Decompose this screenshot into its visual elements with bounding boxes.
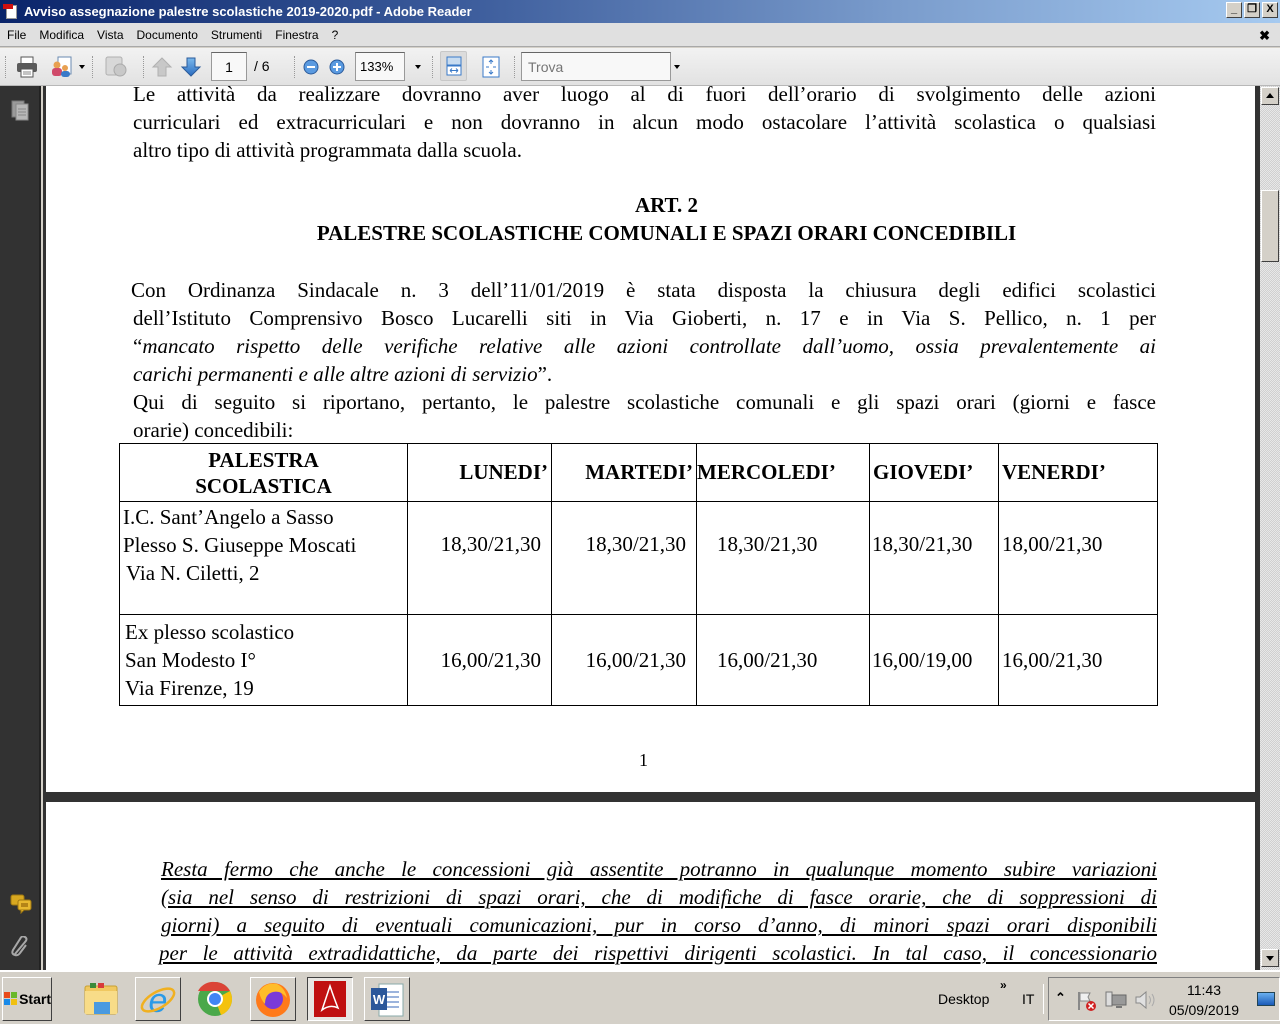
time-cell: 18,30/21,30 [552,502,697,615]
quote-close: ”. [538,362,553,386]
toolbar-separator [294,56,296,78]
paragraph-line: Resta fermo che anche le concessioni già… [161,855,1157,883]
share-icon[interactable] [50,55,74,79]
place-cell: I.C. Sant’Angelo a Sasso Plesso S. Giuse… [120,502,408,615]
menu-modifica[interactable]: Modifica [33,28,90,42]
taskbar-chrome[interactable] [192,977,238,1021]
folder-icon [80,978,124,1020]
close-button[interactable]: X [1262,2,1278,18]
arrow-up-icon [1266,93,1274,98]
taskbar: Start e [0,970,1280,1024]
place-address: Via N. Ciletti, 2 [123,559,404,587]
menu-strumenti[interactable]: Strumenti [205,28,268,42]
paragraph-line: “mancato rispetto delle verifiche relati… [133,332,1156,360]
toolbar-separator [143,56,145,78]
collaborate-icon[interactable] [104,55,128,79]
paragraph-line: (sia nel senso di restrizioni di spazi o… [161,883,1157,911]
paragraph-line: orarie) concedibili: [133,416,293,444]
table-header-row: PALESTRA SCOLASTICA LUNEDI’ MARTEDI’ MER… [120,444,1158,502]
paragraph-line: dell’Istituto Comprensivo Bosco Lucarell… [133,304,1156,332]
toolbar-grip[interactable] [5,56,7,78]
toolbar-separator [432,56,434,78]
column-header: MERCOLEDI’ [697,444,870,502]
show-desktop-icon[interactable] [1257,992,1275,1006]
pages-icon[interactable] [10,100,30,122]
table-row: I.C. Sant’Angelo a Sasso Plesso S. Giuse… [120,502,1158,615]
comments-icon[interactable] [10,894,32,914]
action-center-flag-icon[interactable] [1075,990,1097,1012]
desktop-toolbar[interactable]: Desktop [938,991,989,1007]
firefox-icon [251,978,295,1020]
show-hidden-icons-button[interactable]: ⌃ [1055,990,1066,1006]
page-number: 1 [639,746,648,774]
page-number-input[interactable] [211,52,247,81]
paragraph-line: altro tipo di attività programmata dalla… [133,136,522,164]
share-dropdown-icon[interactable] [79,65,85,69]
paragraph-line: Le attività da realizzare dovranno aver … [133,86,1156,108]
menu-documento[interactable]: Documento [131,28,204,42]
column-header: GIOVEDI’ [870,444,999,502]
quote-open: “ [133,332,142,360]
time-cell: 18,30/21,30 [408,502,552,615]
taskbar-adobe-reader[interactable] [307,977,353,1021]
place-name: I.C. Sant’Angelo a Sasso [123,503,404,531]
paragraph-line: carichi permanenti e alle altre azioni d… [133,360,552,388]
article-subtitle: PALESTRE SCOLASTICHE COMUNALI E SPAZI OR… [46,219,1260,247]
quoted-text: mancato rispetto delle verifiche relativ… [142,332,1156,360]
paragraph-line: Qui di seguito si riportano, pertanto, l… [133,388,1156,416]
title-bar: Avviso assegnazione palestre scolastiche… [0,0,1280,23]
print-icon[interactable] [15,56,39,78]
close-document-icon[interactable]: ✖ [1259,28,1270,44]
time-cell: 18,30/21,30 [870,502,999,615]
place-building: San Modesto I° [125,646,404,674]
time-cell: 18,30/21,30 [697,502,870,615]
language-indicator[interactable]: IT [1022,991,1034,1007]
toolbar-separator [514,56,516,78]
volume-icon[interactable] [1133,989,1157,1011]
word-icon: W [365,978,409,1020]
paragraph-line: Con Ordinanza Sindacale n. 3 dell’11/01/… [131,276,1156,304]
windows-logo-icon [3,991,17,1007]
column-header: MARTEDI’ [552,444,697,502]
place-address: Via Firenze, 19 [125,674,404,702]
pdf-page-1: Le attività da realizzare dovranno aver … [46,86,1255,792]
page-total: / 6 [254,58,270,74]
taskbar-file-explorer[interactable] [79,977,125,1021]
toolbar-overflow-chevron[interactable]: » [1000,978,1007,992]
fit-width-button[interactable] [440,51,467,81]
start-button[interactable]: Start [2,977,52,1021]
column-header: VENERDI’ [999,444,1158,502]
next-page-icon[interactable] [180,56,202,78]
zoom-level-input[interactable] [355,52,405,81]
internet-explorer-icon: e [136,978,180,1020]
schedule-table: PALESTRA SCOLASTICA LUNEDI’ MARTEDI’ MER… [119,443,1158,706]
place-building: Plesso S. Giuseppe Moscati [123,531,404,559]
taskbar-word[interactable]: W [364,977,410,1021]
tray-separator [1043,984,1044,1014]
menu-vista[interactable]: Vista [91,28,129,42]
pdf-page-2: Resta fermo che anche le concessioni già… [46,802,1255,970]
network-icon[interactable] [1104,989,1128,1011]
chrome-icon [193,978,237,1020]
clock-date[interactable]: 05/09/2019 [1169,1002,1239,1018]
taskbar-internet-explorer[interactable]: e [135,977,181,1021]
adobe-reader-icon [3,4,19,20]
adobe-reader-icon [308,978,352,1020]
navigation-panel [0,86,41,970]
time-cell: 16,00/21,30 [408,615,552,706]
menu-help[interactable]: ? [326,28,345,42]
paragraph-line: per le attività extradidattiche, da part… [159,939,1157,967]
attachments-icon[interactable] [10,936,30,958]
vertical-scrollbar[interactable] [1260,86,1280,970]
taskbar-firefox[interactable] [250,977,296,1021]
system-tray: ⌃ 11:43 05/09/2019 [1048,977,1280,1021]
arrow-down-icon [1266,956,1274,961]
document-view[interactable]: Le attività da realizzare dovranno aver … [43,86,1260,970]
quoted-text: carichi permanenti e alle altre azioni d… [133,362,538,386]
window-title: Avviso assegnazione palestre scolastiche… [24,4,472,19]
scroll-down-button[interactable] [1261,949,1279,967]
minimize-button[interactable]: _ [1226,2,1242,18]
find-input[interactable] [521,52,671,81]
time-cell: 16,00/21,30 [697,615,870,706]
article-title: ART. 2 [46,191,1260,219]
menu-file[interactable]: File [1,28,32,42]
zoom-out-icon[interactable] [303,59,319,75]
column-header: LUNEDI’ [408,444,552,502]
toolbar: / 6 [0,48,1280,86]
table-row: Ex plesso scolastico San Modesto I° Via … [120,615,1158,706]
paragraph-line: giorni) a seguito di eventuali comunicaz… [161,911,1157,939]
svg-text:W: W [373,992,386,1007]
menu-bar: File Modifica Vista Documento Strumenti … [0,23,1280,47]
paragraph-line: curriculari ed extracurriculari e non do… [133,108,1156,136]
place-name: Ex plesso scolastico [125,618,404,646]
clock-time[interactable]: 11:43 [1187,982,1221,998]
column-header: PALESTRA SCOLASTICA [120,444,408,502]
fit-width-icon [441,52,466,80]
start-label: Start [19,991,51,1007]
prev-page-icon[interactable] [151,56,173,78]
zoom-in-icon[interactable] [329,59,345,75]
time-cell: 16,00/19,00 [870,615,999,706]
toolbar-separator [92,56,94,78]
place-cell: Ex plesso scolastico San Modesto I° Via … [120,615,408,706]
scroll-thumb[interactable] [1261,190,1279,262]
scroll-up-button[interactable] [1261,87,1279,105]
find-dropdown-icon[interactable] [674,65,680,69]
time-cell: 16,00/21,30 [999,615,1158,706]
time-cell: 18,00/21,30 [999,502,1158,615]
restore-button[interactable]: ❐ [1244,2,1260,18]
zoom-dropdown-icon[interactable] [415,65,421,69]
time-cell: 16,00/21,30 [552,615,697,706]
menu-finestra[interactable]: Finestra [269,28,324,42]
fit-page-icon[interactable] [480,55,502,79]
